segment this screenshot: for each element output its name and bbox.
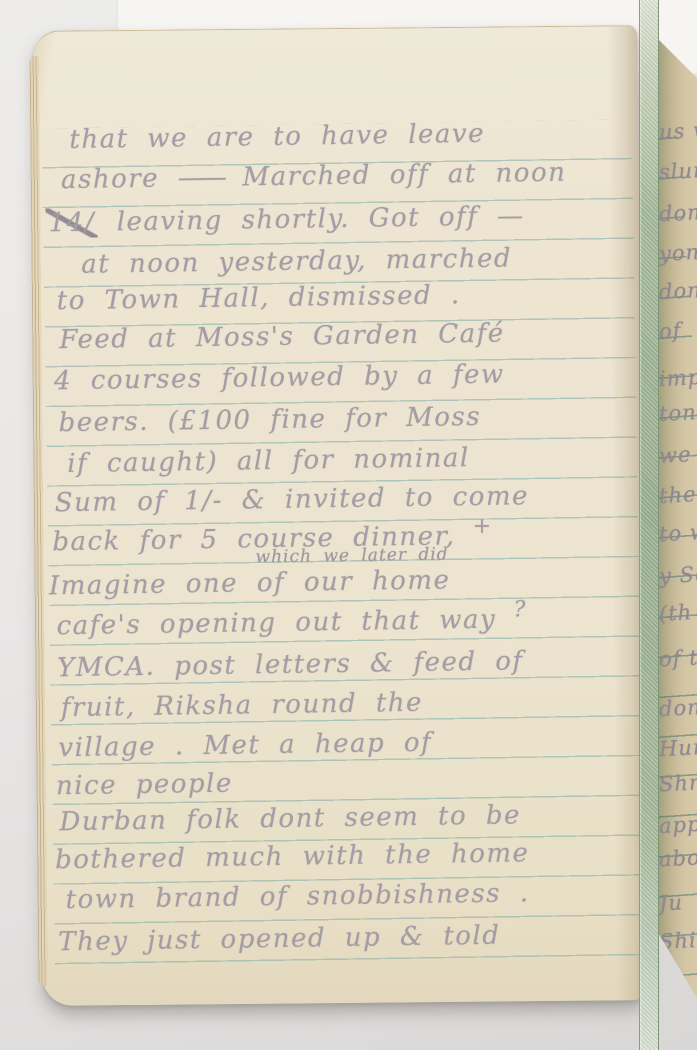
handwriting-line: ashore —— Marched off at noon — [61, 160, 567, 193]
handwriting-line: that we are to have leave — [69, 121, 485, 153]
handwriting-segment: They just opened up & told — [58, 921, 501, 958]
handwriting-segment: cafe's opening out that way — [56, 605, 496, 642]
handwriting-line: nice people — [56, 771, 233, 800]
handwriting-line: 4 courses followed by a few — [54, 362, 505, 395]
handwriting-segment: town brand of snobbishness . — [65, 878, 529, 915]
handwriting-fragment: y So — [658, 562, 697, 589]
handwriting-fragment: we — [658, 442, 692, 468]
handwriting-fragment: us w — [658, 118, 697, 145]
handwriting-fragment: slum — [658, 158, 697, 185]
handwriting-fragment: the — [658, 482, 697, 508]
handwriting-line: fruit, Riksha round the — [61, 690, 424, 721]
handwriting-line: 14/ leaving shortly. Got off — — [45, 203, 520, 236]
handwriting-segment: 14/ — [45, 208, 98, 239]
handwriting-line: YMCA. post letters & feed of — [57, 648, 524, 681]
handwriting-fragment: of — [658, 318, 682, 343]
handwriting-segment: beers. (£100 fine for Moss — [58, 402, 481, 438]
handwriting-line: which we later did — [255, 546, 448, 566]
handwriting-segment: if caught) all for nominal — [67, 443, 470, 479]
handwriting-segment: Marched off at noon — [224, 158, 567, 193]
handwriting-fragment: Hun — [658, 735, 697, 761]
handwriting-line: Feed at Moss's Garden Café — [59, 321, 505, 354]
handwriting-segment: + — [455, 514, 493, 540]
handwriting-segment: at noon yesterday, marched — [81, 243, 512, 279]
handwriting-segment: ? — [496, 597, 527, 622]
handwriting-line: Sum of 1/- & invited to come — [55, 483, 530, 516]
handwriting-segment: 4 courses followed by a few — [54, 360, 505, 397]
handwriting-fragment: yon — [658, 240, 697, 266]
handwriting-segment: leaving shortly. Got off — [98, 202, 498, 238]
handwriting-fragment: don — [658, 695, 697, 721]
handwriting-segment: Imagine one of our home — [49, 565, 451, 601]
handwriting-segment: YMCA. post letters & feed of — [57, 646, 524, 683]
notebook-left-page: that we are to have leaveashore —— March… — [33, 25, 646, 1006]
handwriting-fragment: don — [658, 278, 697, 304]
handwriting-segment: village . Met a heap of — [58, 728, 432, 764]
handwriting-fragment: to w — [658, 520, 697, 547]
handwriting-fragment: dom — [658, 200, 697, 227]
handwriting-line: village . Met a heap of — [58, 730, 432, 762]
handwriting-segment: Feed at Moss's Garden Café — [59, 319, 505, 356]
handwriting-fragment: (th — [658, 600, 692, 626]
photo-backdrop: that we are to have leaveashore —— March… — [0, 0, 697, 1050]
handwriting-layer: that we are to have leaveashore —— March… — [31, 25, 649, 1008]
handwriting-fragment: Shi — [658, 928, 697, 954]
handwriting-line: town brand of snobbishness . — [65, 880, 529, 913]
handwriting-line: They just opened up & told — [58, 923, 500, 956]
handwriting-fragment: aboa — [658, 845, 697, 872]
handwriting-line: to Town Hall, dismissed . — [57, 282, 461, 314]
handwriting-segment: ashore — [61, 163, 178, 195]
handwriting-segment: Durban folk dont seem to be — [59, 800, 521, 837]
handwriting-segment: that we are to have leave — [69, 119, 485, 155]
notebook-right-page: us wslumdomyondonofimptonwetheto wy So(t… — [655, 30, 697, 1005]
handwriting-line: cafe's opening out that way ? — [56, 606, 527, 639]
handwriting-segment: fruit, Riksha round the — [61, 688, 424, 723]
handwriting-segment: —— — [178, 163, 224, 194]
handwriting-segment: Sum of 1/- & invited to come — [55, 481, 530, 518]
handwriting-segment: — — [497, 201, 520, 231]
handwriting-segment: which we later did — [255, 544, 448, 567]
handwriting-segment: to Town Hall, dismissed . — [57, 280, 461, 316]
binding-cloth-strip — [639, 0, 659, 1050]
handwriting-fragment: app — [658, 812, 697, 838]
handwriting-line: bothered much with the home — [55, 840, 530, 873]
handwriting-fragment: Shra — [658, 770, 697, 797]
handwriting-segment: bothered much with the home — [55, 838, 530, 875]
handwriting-segment: nice people — [56, 769, 233, 802]
handwriting-line: if caught) all for nominal — [67, 445, 470, 477]
handwriting-fragment: ton — [658, 400, 697, 426]
handwriting-line: beers. (£100 fine for Moss — [58, 404, 481, 436]
handwriting-fragment: of th — [658, 645, 697, 672]
handwriting-line: Imagine one of our home — [49, 567, 451, 599]
handwriting-fragment: Ju — [658, 890, 683, 915]
handwriting-line: at noon yesterday, marched — [81, 245, 512, 277]
handwriting-line: Durban folk dont seem to be — [59, 802, 521, 835]
handwriting-fragment: imp — [658, 365, 697, 391]
